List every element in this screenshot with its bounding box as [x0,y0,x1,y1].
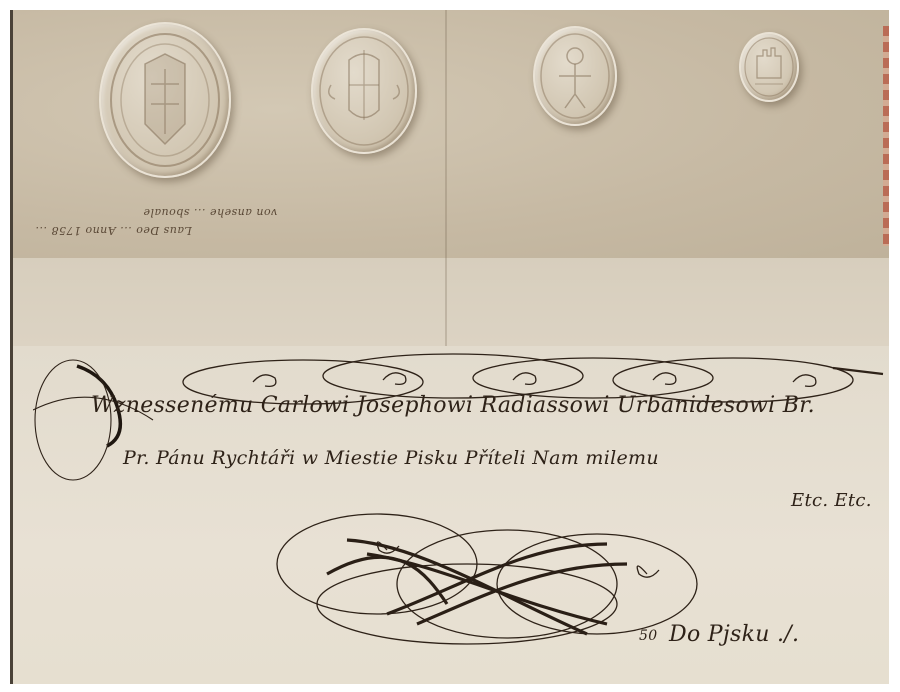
upside-down-note-line2: Laus Deo ... Anno 1758 ... [35,224,192,237]
upper-calligraphic-flourish [33,340,893,520]
address-line-2: Pr. Pánu Rychtáři w Miestie Pisku Přítel… [123,447,659,469]
footer-note: Do Pjsku ./. [669,622,799,647]
upside-down-note-line1: von ansehe ... sbouale [143,206,277,219]
address-line-1: Wznessenému Carlowi Josephowi Radiassowi… [91,393,815,418]
corner-mark: 50 [639,628,657,644]
letter-sheet: von ansehe ... sbouale Laus Deo ... Anno… [10,10,889,684]
large-armorial-seal-icon [99,22,231,178]
figure-seal-icon [533,26,617,126]
vertical-crease [445,10,447,346]
tower-seal-icon [739,32,799,102]
red-sealing-edge [883,26,889,246]
cartouche-seal-icon [311,28,417,154]
middle-fold-band [13,258,889,347]
address-line-3: Etc. Etc. [791,490,872,511]
